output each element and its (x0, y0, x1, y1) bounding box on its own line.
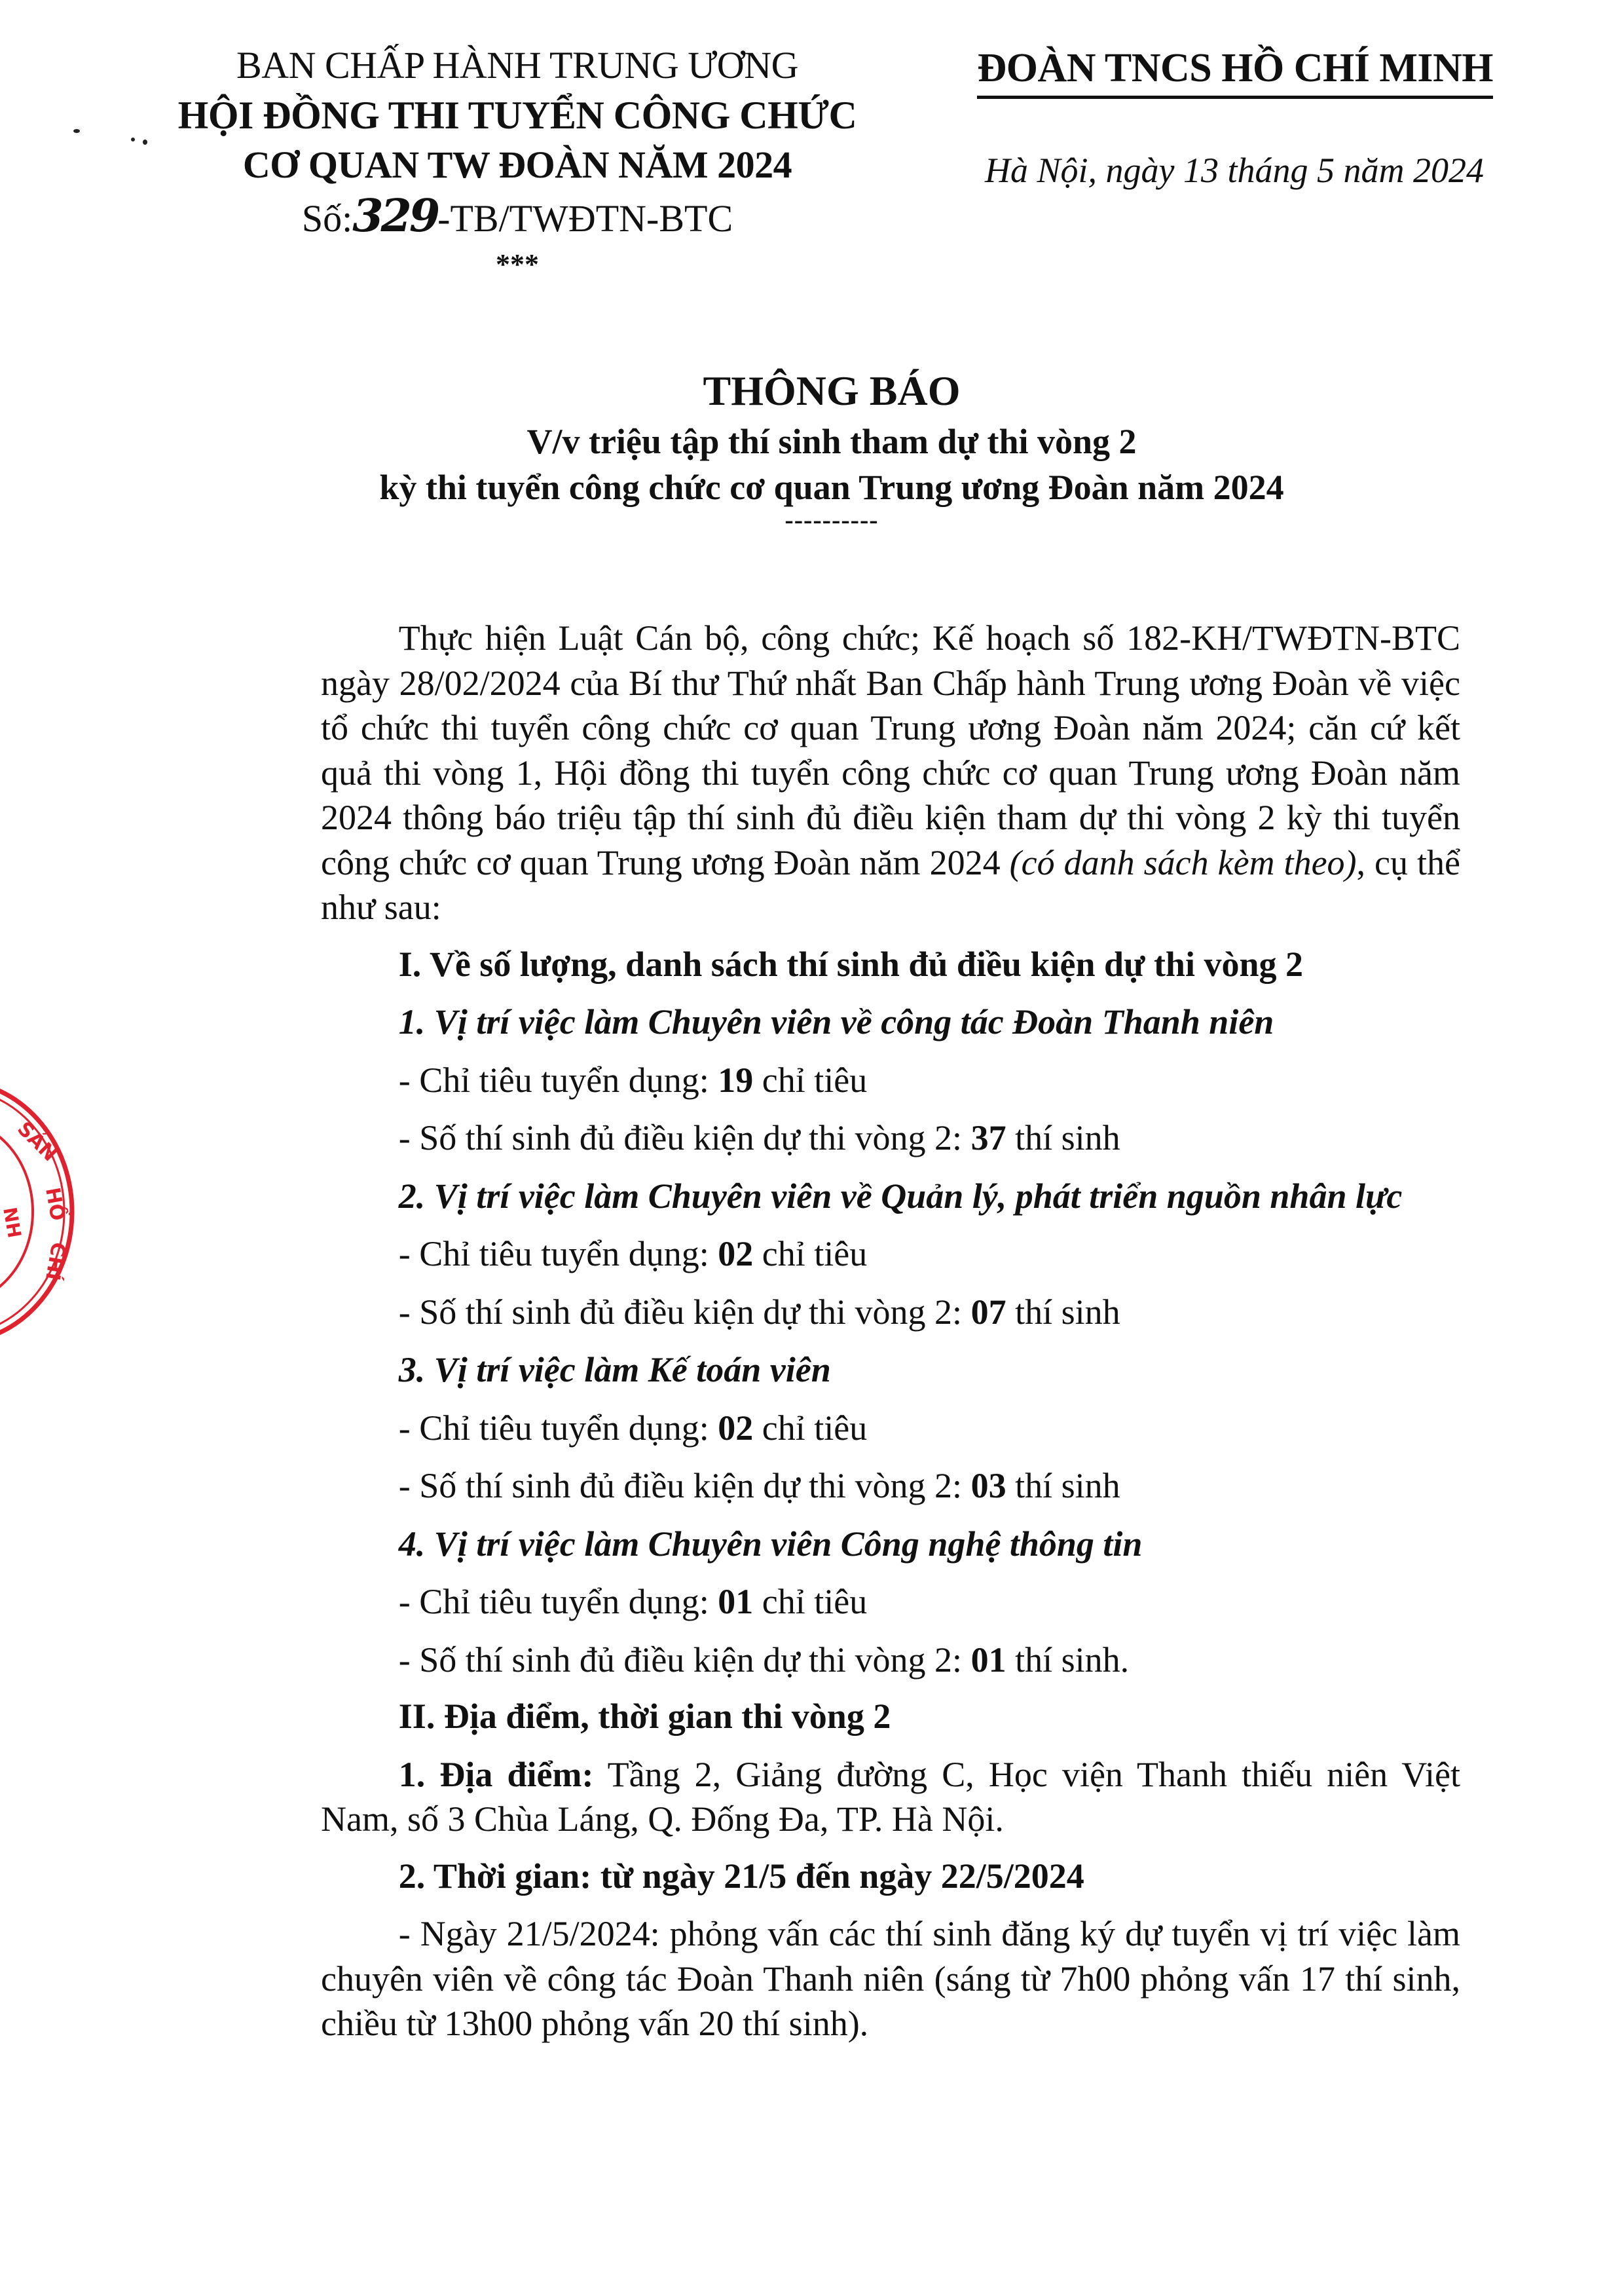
scan-speck (73, 129, 80, 133)
document-body: Thực hiện Luật Cán bộ, công chức; Kế hoạ… (321, 616, 1460, 2046)
position-1-heading: 1. Vị trí việc làm Chuyên viên về công t… (321, 1000, 1460, 1045)
svg-text:CHÍ: CHÍ (41, 1241, 71, 1283)
exam-time-heading: 2. Thời gian: từ ngày 21/5 đến ngày 22/5… (321, 1854, 1460, 1899)
svg-text:HỒ: HỒ (41, 1185, 73, 1222)
subject-line-2: kỳ thi tuyển công chức cơ quan Trung ươn… (196, 464, 1467, 510)
intro-italic-note: (có danh sách kèm theo) (1010, 843, 1357, 882)
schedule-day-1: - Ngày 21/5/2024: phỏng vấn các thí sinh… (321, 1911, 1460, 2046)
position-3-candidates: - Số thí sinh đủ điều kiện dự thi vòng 2… (321, 1463, 1460, 1509)
document-title: THÔNG BÁO (196, 364, 1467, 419)
document-number: Số:329-TB/TWĐTN-BTC (170, 190, 864, 245)
document-date: Hà Nội, ngày 13 tháng 5 năm 2024 (943, 147, 1484, 193)
red-seal-stamp-icon: SẢN HỒ CHÍ NH (0, 1074, 79, 1349)
section-1-heading: I. Về số lượng, danh sách thí sinh đủ đi… (321, 942, 1460, 987)
document-number-suffix: -TB/TWĐTN-BTC (437, 197, 733, 240)
section-2-heading: II. Địa điểm, thời gian thi vòng 2 (321, 1694, 1460, 1739)
position-1-candidates: - Số thí sinh đủ điều kiện dự thi vòng 2… (321, 1116, 1460, 1161)
intro-paragraph: Thực hiện Luật Cán bộ, công chức; Kế hoạ… (321, 616, 1460, 930)
position-3-heading: 3. Vị trí việc làm Kế toán viên (321, 1347, 1460, 1393)
document-number-prefix: Số: (302, 197, 352, 240)
organization-block: ĐOÀN TNCS HỒ CHÍ MINH (930, 42, 1493, 99)
subject-line-1: V/v triệu tập thí sinh tham dự thi vòng … (196, 419, 1467, 464)
position-4-quota: - Chỉ tiêu tuyển dụng: 01 chỉ tiêu (321, 1579, 1460, 1624)
document-number-handwritten: 329 (352, 190, 437, 242)
position-4-candidates: - Số thí sinh đủ điều kiện dự thi vòng 2… (321, 1638, 1460, 1683)
scan-speck (143, 140, 147, 145)
title-block: THÔNG BÁO V/v triệu tập thí sinh tham dự… (196, 364, 1467, 530)
position-4-heading: 4. Vị trí việc làm Chuyên viên Công nghệ… (321, 1522, 1460, 1567)
authority-line-1: BAN CHẤP HÀNH TRUNG ƯƠNG (170, 41, 864, 90)
header-separator: *** (170, 245, 864, 284)
position-3-quota: - Chỉ tiêu tuyển dụng: 02 chỉ tiêu (321, 1406, 1460, 1451)
location-label: 1. Địa điểm: (399, 1755, 594, 1794)
svg-text:NH: NH (0, 1205, 26, 1239)
title-divider: ---------- (196, 510, 1467, 530)
position-2-heading: 2. Vị trí việc làm Chuyên viên về Quản l… (321, 1174, 1460, 1219)
scan-speck (131, 138, 135, 141)
organization-name: ĐOÀN TNCS HỒ CHÍ MINH (977, 42, 1493, 99)
authority-line-3: CƠ QUAN TW ĐOÀN NĂM 2024 (170, 140, 864, 190)
position-2-quota: - Chỉ tiêu tuyển dụng: 02 chỉ tiêu (321, 1231, 1460, 1277)
exam-location: 1. Địa điểm: Tầng 2, Giảng đường C, Học … (321, 1752, 1460, 1842)
authority-line-2: HỘI ĐỒNG THI TUYỂN CÔNG CHỨC (170, 90, 864, 140)
position-1-quota: - Chỉ tiêu tuyển dụng: 19 chỉ tiêu (321, 1058, 1460, 1103)
issuing-authority-block: BAN CHẤP HÀNH TRUNG ƯƠNG HỘI ĐỒNG THI TU… (170, 41, 864, 284)
position-2-candidates: - Số thí sinh đủ điều kiện dự thi vòng 2… (321, 1290, 1460, 1335)
